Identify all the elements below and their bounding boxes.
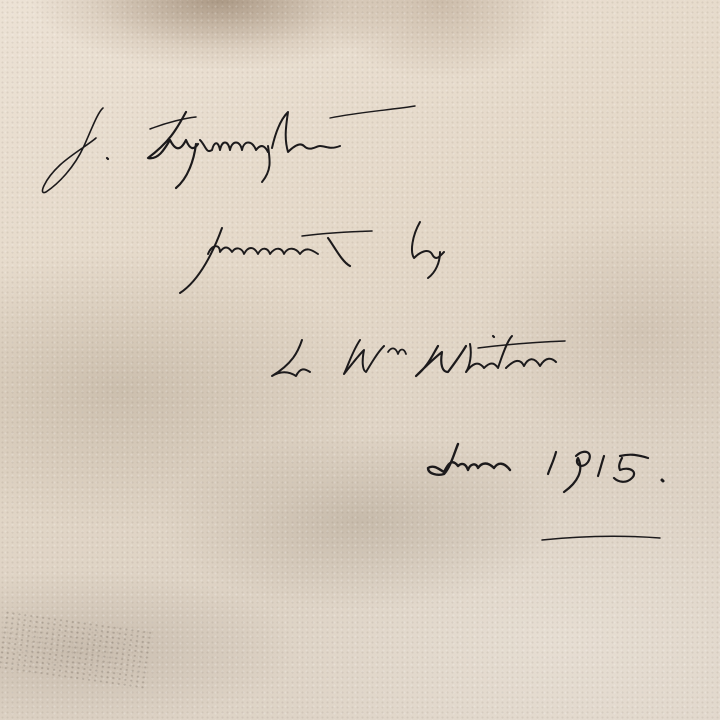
inscription-line-4: June 1915. (425, 440, 633, 484)
inscription-line-2: presented by (180, 215, 431, 259)
aged-paper: J. Symington presented by Sir Wm Whitta … (0, 0, 720, 720)
inscription-line-1: J. Symington (40, 100, 322, 151)
inscription-line-3: Sir Wm Whitta (265, 330, 535, 371)
